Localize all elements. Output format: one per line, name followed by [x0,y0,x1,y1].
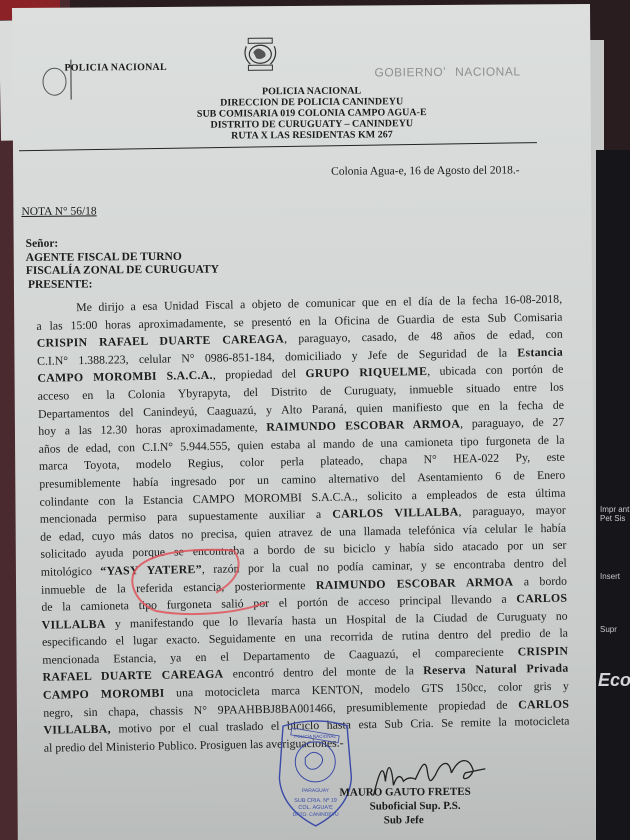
signatory-rank: Suboficial Sup. P.S. [340,799,471,814]
bold-text: Estancia [517,344,563,359]
letterhead-left-label: POLICIA NACIONAL [64,62,166,74]
text: , propiedad del [213,367,306,383]
bold-text: CARLOS VILLALBA [332,505,458,521]
stamp-bottom-label: PARAGUAY [302,788,330,794]
bold-text: CARLOS [516,591,567,606]
note-number: NOTA N° 56/18 [21,205,96,218]
gob-word-2: NACIONAL [455,64,520,78]
gob-word-1: GOBIERNO [374,65,443,79]
key-label: Pet Sis [600,514,625,523]
stamp-line: DPTO. CANINDEYU [293,812,339,818]
swoosh-icon: ʼ [443,65,455,79]
text: a bordo [513,573,567,588]
text: , paraguayo, casado, de 48 años de edad,… [284,327,563,346]
text: encontró dentro del monte de la [223,664,423,681]
bold-text: GRUPO RIQUELME [305,364,427,380]
government-logo: GOBIERNOʼNACIONAL [374,64,520,79]
text: mencionada permiso para supuestamente au… [40,507,333,526]
stamp-line: COL. AGUA'E [298,805,333,811]
key-label: Impr ant [600,505,629,514]
letter-body: Me dirijo a esa Unidad Fiscal a objeto d… [36,291,570,758]
key-label: Supr [600,625,617,634]
salutation: Señor: [26,237,219,252]
signatory-title: Sub Jefe [340,813,471,828]
addressee-block: Señor: AGENTE FISCAL DE TURNO FISCALÍA Z… [26,237,219,292]
bold-text: VILLALBA, [43,722,111,737]
bold-text: CARLOS [518,696,569,711]
bold-text: VILLALBA [42,616,106,631]
addressee-line: AGENTE FISCAL DE TURNO [26,250,219,265]
bold-text: CRISPIN [518,643,569,658]
key-label: Insert [600,572,620,581]
text: , paraguayo, mayor [458,503,566,519]
signatory-name: MAURO GAUTO FRETES [339,785,470,800]
signature-block: MAURO GAUTO FRETES Suboficial Sup. P.S. … [339,785,470,828]
bold-text: Reserva Natural Privada [423,661,569,678]
bold-text: CAMPO MOROMBI S.A.C.A. [37,368,213,385]
red-marker-annotation [116,544,287,619]
stamp-top-label: POLICIA NACIONAL [294,734,336,739]
header-divider [19,142,537,151]
text: hoy a las 12.30 horas aproximadamente, [38,420,266,438]
dateline: Colonia Agua-e, 16 de Agosto del 2018.- [331,164,520,177]
keyboard-brand: Eco [598,670,630,691]
bold-text: CRISPIN RAFAEL DUARTE CAREAGA [37,332,284,350]
coat-of-arms-icon [238,36,282,72]
text: , paraguayo, de 27 [460,415,564,431]
addressee-line: FISCALÍA ZONAL DE CURUGUATY [26,264,219,279]
addressee-line: PRESENTE: [26,277,219,292]
police-note-document: POLICIA NACIONAL GOBIERNOʼNACIONAL POLIC… [12,4,596,840]
text: , ubicada con portón de [427,362,563,378]
bold-text: RAIMUNDO ESCOBAR ARMOA [316,574,514,591]
bold-text: RAFAEL DUARTE CAREAGA [43,667,224,684]
text: mitológico [41,564,101,579]
bold-text: RAIMUNDO ESCOBAR ARMOA [266,417,460,434]
letterhead-title: POLICIA NACIONAL DIRECCION DE POLICIA CA… [13,84,591,143]
keyboard-edge: Impr ant Pet Sis Insert Supr Eco [596,150,630,840]
stamp-line: SUB CRIA. Nº 19 [294,797,337,804]
bold-text: CAMPO MOROMBI [43,686,165,702]
